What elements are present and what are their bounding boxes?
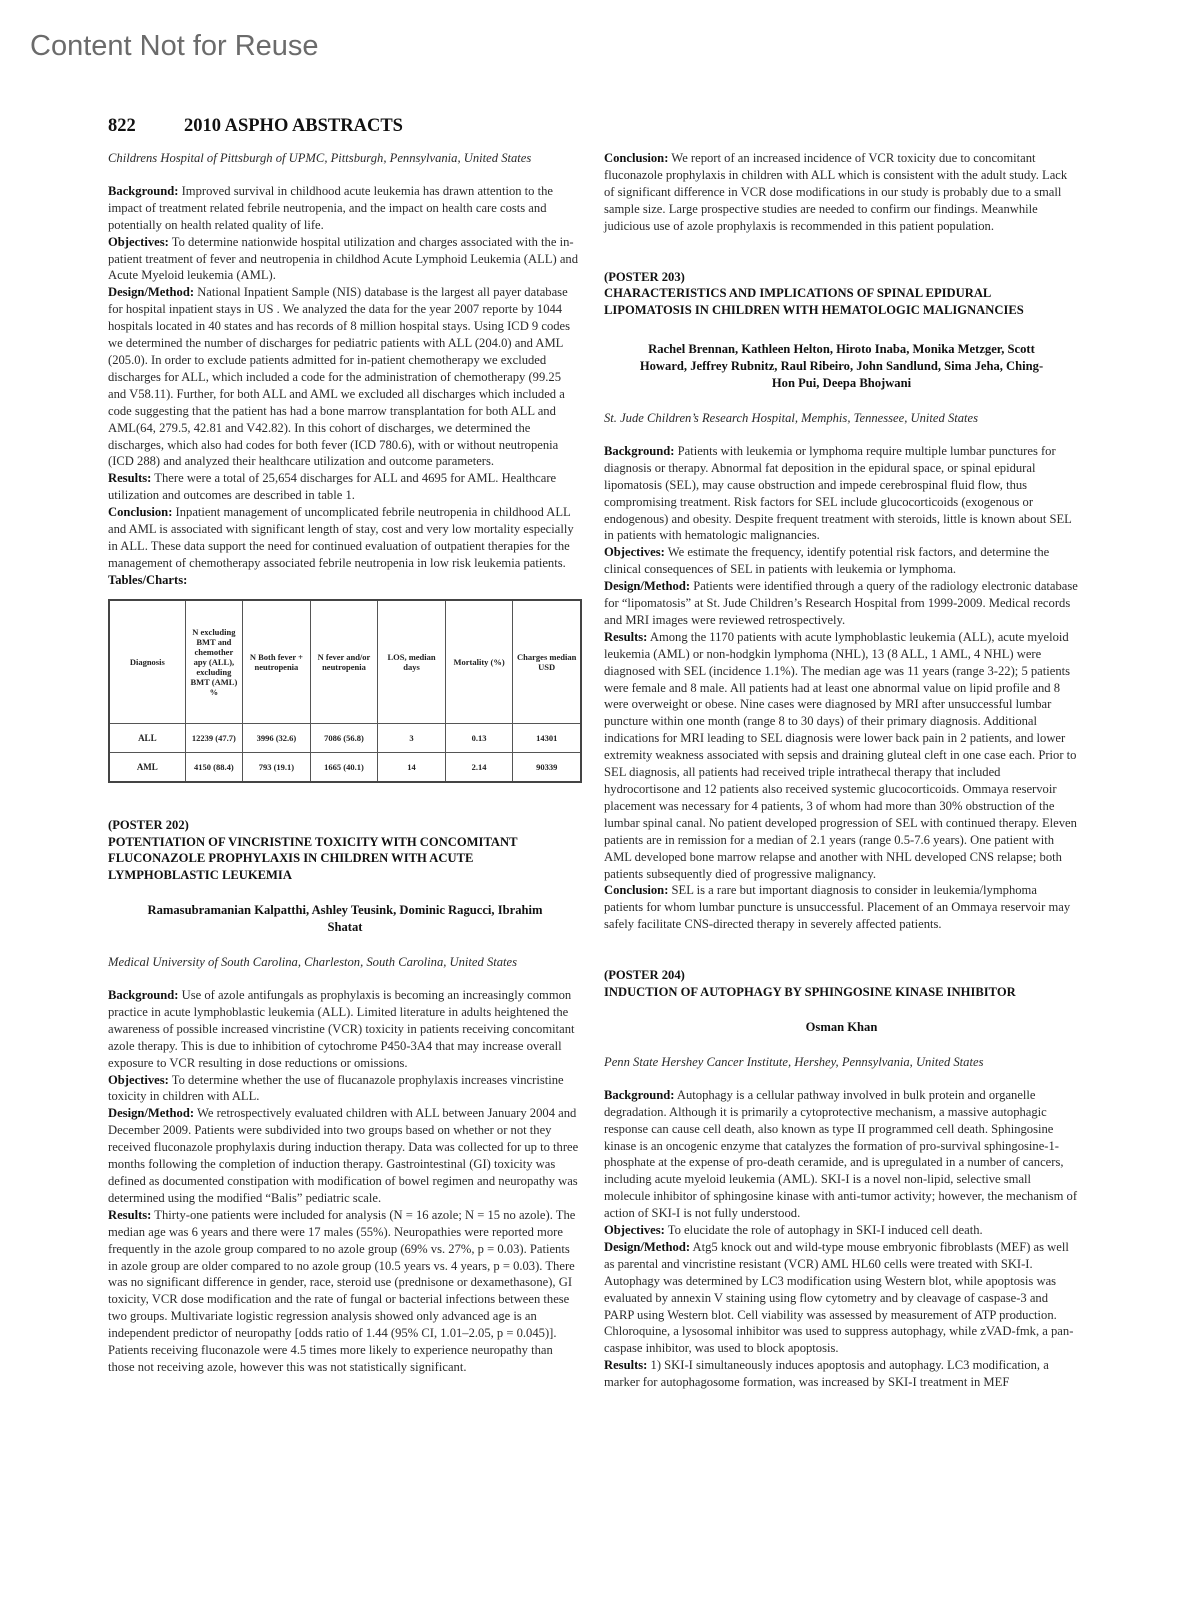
section-label: Results: [604, 630, 647, 644]
author-list: Rachel Brennan, Kathleen Helton, Hiroto … [604, 341, 1079, 392]
page-number: 822 [108, 116, 184, 137]
column-header: N Both fever + neutropenia [243, 600, 311, 724]
section-text: 1) SKI-I simultaneously induces apoptosi… [604, 1358, 1049, 1389]
author-list: Ramasubramanian Kalpatthi, Ashley Teusin… [108, 902, 582, 936]
table-cell: 793 (19.1) [243, 752, 311, 782]
section-label: Conclusion: [108, 505, 172, 519]
table-cell: ALL [109, 723, 185, 752]
abstract-section-tables: Tables/Charts: [108, 572, 582, 589]
section-text: National Inpatient Sample (NIS) database… [108, 285, 570, 468]
section-label: Background: [604, 444, 674, 458]
section-text: We retrospectively evaluated children wi… [108, 1106, 578, 1205]
abstract-title: CHARACTERISTICS AND IMPLICATIONS OF SPIN… [604, 285, 1079, 319]
table-cell: AML [109, 752, 185, 782]
table-cell: 14 [378, 752, 446, 782]
table-cell: 1665 (40.1) [310, 752, 378, 782]
section-label: Objectives: [108, 235, 169, 249]
section-text: There were a total of 25,654 discharges … [108, 471, 556, 502]
affiliation: Penn State Hershey Cancer Institute, Her… [604, 1054, 1079, 1071]
abstract-section-background: Background: Autophagy is a cellular path… [604, 1087, 1079, 1222]
table-cell: 3 [378, 723, 446, 752]
section-label: Results: [108, 471, 151, 485]
column-header: Mortality (%) [445, 600, 513, 724]
abstract-section-results: Results: There were a total of 25,654 di… [108, 470, 582, 504]
table-cell: 3996 (32.6) [243, 723, 311, 752]
section-text: To determine nationwide hospital utiliza… [108, 235, 578, 283]
section-label: Results: [604, 1358, 647, 1372]
section-text: Autophagy is a cellular pathway involved… [604, 1088, 1077, 1220]
poster-number: (POSTER 202) [108, 817, 582, 834]
section-label: Design/Method: [604, 1240, 690, 1254]
table-cell: 90339 [513, 752, 581, 782]
abstract-section-conclusion: Conclusion: SEL is a rare but important … [604, 882, 1079, 933]
table-row: ALL 12239 (47.7) 3996 (32.6) 7086 (56.8)… [109, 723, 581, 752]
section-text: SEL is a rare but important diagnosis to… [604, 883, 1070, 931]
section-text: We report of an increased incidence of V… [604, 151, 1067, 233]
section-label: Design/Method: [108, 285, 194, 299]
section-label: Design/Method: [604, 579, 690, 593]
abstract-section-design-method: Design/Method: Atg5 knock out and wild-t… [604, 1239, 1079, 1357]
outcomes-table: Diagnosis N excluding BMT and chemother … [108, 599, 582, 783]
column-header: N excluding BMT and chemother apy (ALL),… [185, 600, 242, 724]
abstract-section-design-method: Design/Method: National Inpatient Sample… [108, 284, 582, 470]
section-text: To elucidate the role of autophagy in SK… [665, 1223, 983, 1237]
table-cell: 4150 (88.4) [185, 752, 242, 782]
abstract-section-objectives: Objectives: We estimate the frequency, i… [604, 544, 1079, 578]
section-label: Conclusion: [604, 883, 668, 897]
section-text: Atg5 knock out and wild-type mouse embry… [604, 1240, 1073, 1355]
table-row: AML 4150 (88.4) 793 (19.1) 1665 (40.1) 1… [109, 752, 581, 782]
abstract-section-objectives: Objectives: To elucidate the role of aut… [604, 1222, 1079, 1239]
section-label: Background: [108, 988, 178, 1002]
right-column: Conclusion: We report of an increased in… [604, 150, 1079, 1391]
section-text: We estimate the frequency, identify pote… [604, 545, 1049, 576]
abstract-section-design-method: Design/Method: We retrospectively evalua… [108, 1105, 582, 1206]
left-column: Childrens Hospital of Pittsburgh of UPMC… [108, 150, 582, 1376]
section-label: Objectives: [604, 545, 665, 559]
abstract-section-results: Results: Among the 1170 patients with ac… [604, 629, 1079, 883]
abstract-section-background: Background: Patients with leukemia or ly… [604, 443, 1079, 544]
abstract-section-design-method: Design/Method: Patients were identified … [604, 578, 1079, 629]
poster-number: (POSTER 203) [604, 269, 1079, 286]
abstract-section-conclusion: Conclusion: We report of an increased in… [604, 150, 1079, 235]
abstract-section-results: Results: Thirty-one patients were includ… [108, 1207, 582, 1376]
affiliation: Medical University of South Carolina, Ch… [108, 954, 582, 971]
abstract-title: POTENTIATION OF VINCRISTINE TOXICITY WIT… [108, 834, 582, 885]
author-list: Osman Khan [604, 1019, 1079, 1036]
table-cell: 2.14 [445, 752, 513, 782]
table-cell: 12239 (47.7) [185, 723, 242, 752]
table-cell: 0.13 [445, 723, 513, 752]
column-header: Charges median USD [513, 600, 581, 724]
abstract-section-background: Background: Use of azole antifungals as … [108, 987, 582, 1072]
section-text: Thirty-one patients were included for an… [108, 1208, 575, 1374]
section-label: Objectives: [108, 1073, 169, 1087]
section-text: Patients with leukemia or lymphoma requi… [604, 444, 1071, 543]
table-cell: 7086 (56.8) [310, 723, 378, 752]
table-cell: 14301 [513, 723, 581, 752]
column-header: LOS, median days [378, 600, 446, 724]
section-label: Objectives: [604, 1223, 665, 1237]
abstract-title: INDUCTION OF AUTOPHAGY BY SPHINGOSINE KI… [604, 984, 1079, 1001]
journal-section-title: 2010 ASPHO ABSTRACTS [184, 116, 403, 136]
affiliation: St. Jude Children’s Research Hospital, M… [604, 410, 1079, 427]
section-label: Background: [108, 184, 178, 198]
section-label: Results: [108, 1208, 151, 1222]
section-label: Conclusion: [604, 151, 668, 165]
section-text: To determine whether the use of flucanaz… [108, 1073, 564, 1104]
affiliation: Childrens Hospital of Pittsburgh of UPMC… [108, 150, 582, 167]
poster-number: (POSTER 204) [604, 967, 1079, 984]
section-label: Background: [604, 1088, 674, 1102]
section-text: Among the 1170 patients with acute lymph… [604, 630, 1077, 881]
abstract-section-objectives: Objectives: To determine whether the use… [108, 1072, 582, 1106]
section-label: Tables/Charts: [108, 573, 187, 587]
section-label: Design/Method: [108, 1106, 194, 1120]
watermark: Content Not for Reuse [30, 30, 319, 63]
section-text: Use of azole antifungals as prophylaxis … [108, 988, 575, 1070]
column-header: N fever and/or neutropenia [310, 600, 378, 724]
abstract-section-objectives: Objectives: To determine nationwide hosp… [108, 234, 582, 285]
running-head: 8222010 ASPHO ABSTRACTS [108, 116, 403, 137]
abstract-section-results: Results: 1) SKI-I simultaneously induces… [604, 1357, 1079, 1391]
abstract-section-conclusion: Conclusion: Inpatient management of unco… [108, 504, 582, 572]
section-text: Inpatient management of uncomplicated fe… [108, 505, 574, 570]
table-header-row: Diagnosis N excluding BMT and chemother … [109, 600, 581, 724]
column-header: Diagnosis [109, 600, 185, 724]
abstract-section-background: Background: Improved survival in childho… [108, 183, 582, 234]
